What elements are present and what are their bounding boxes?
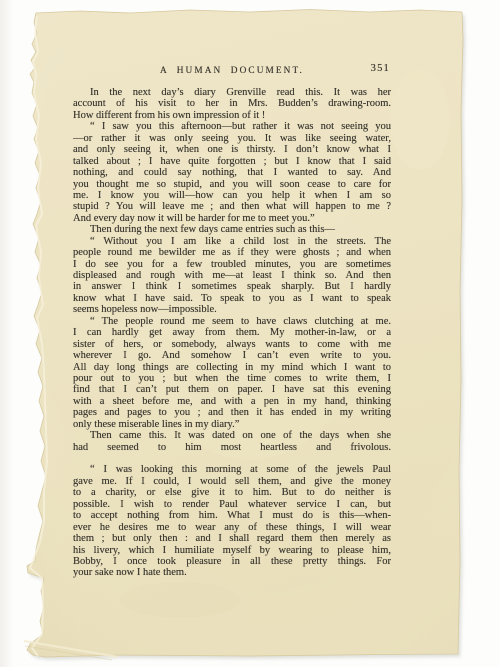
scan-background: A HUMAN DOCUMENT. 351 In the next day’s … — [0, 0, 500, 667]
text-line: I do see you for a few troubled minutes,… — [73, 259, 391, 270]
paragraph: In the next day’s diary Grenville read t… — [73, 87, 391, 121]
text-line: and only seeing it, when one is thirsty.… — [73, 144, 391, 155]
paper-mottle — [390, 70, 450, 170]
text-line: find that I can’t put them on paper. I h… — [73, 384, 391, 395]
text-line: “ I was looking this morning at some of … — [73, 464, 391, 475]
text-line: me. I know you will—how can you help it … — [73, 190, 391, 201]
text-line: seems hopeless now—impossible. — [73, 304, 391, 315]
text-line: pages and pages to you ; and then it has… — [73, 407, 391, 418]
text-line: I can hardly get away from them. My moth… — [73, 327, 391, 338]
text-line: talked about ; I have quite forgotten ; … — [73, 156, 391, 167]
text-line: Then during the next few days came entri… — [73, 224, 391, 235]
text-line: sister of hers, or somebody, always want… — [73, 339, 391, 350]
text-line: had seemed to him most heartless and fri… — [73, 442, 391, 453]
text-line: Then came this. It was dated on one of t… — [73, 430, 391, 441]
text-line: nothing, and could say nothing, that I w… — [73, 167, 391, 178]
text-line: wherever I go. And somehow I can’t even … — [73, 350, 391, 361]
text-line: ever he desires me to wear any of these … — [73, 522, 391, 533]
text-line: your sake now I hate them. — [73, 567, 391, 578]
paragraph: “ I saw you this afternoon—but rather it… — [73, 121, 391, 224]
text-line: —or rather it was only seeing you. It wa… — [73, 133, 391, 144]
paragraph: “ Without you I am like a child lost in … — [73, 236, 391, 316]
text-line: stupid ? You will leave me ; and then wh… — [73, 201, 391, 212]
text-line: only these miserable lines in my diary.” — [73, 419, 391, 430]
text-line: Bobby, I once took pleasure in all these… — [73, 556, 391, 567]
paper-mottle — [120, 582, 240, 618]
text-line: How different from his own impression of… — [73, 110, 391, 121]
paragraph: Then during the next few days came entri… — [73, 224, 391, 235]
page-body: In the next day’s diary Grenville read t… — [73, 87, 391, 579]
text-line: All day long things are collecting in my… — [73, 362, 391, 373]
text-line: displeased and rough with me—at least I … — [73, 270, 391, 281]
running-title: A HUMAN DOCUMENT. — [160, 66, 304, 76]
paragraph: Then came this. It was dated on one of t… — [73, 430, 391, 464]
page-number: 351 — [371, 62, 390, 75]
text-line: “ The people round me seem to have claws… — [73, 316, 391, 327]
text-line: you thought me so stupid, and you will s… — [73, 179, 391, 190]
text-line: In the next day’s diary Grenville read t… — [73, 87, 391, 98]
text-line: account of his visit to her in Mrs. Budd… — [73, 98, 391, 109]
paragraph: “ I was looking this morning at some of … — [73, 464, 391, 578]
running-header: A HUMAN DOCUMENT. 351 — [73, 62, 391, 75]
text-line: with a sheet before me, and with a pen i… — [73, 396, 391, 407]
text-line: know what I have said. To speak to you a… — [73, 293, 391, 304]
text-line: his livery, which I humiliate myself by … — [73, 545, 391, 556]
text-line: people round me bewilder me as if they w… — [73, 247, 391, 258]
text-line: “ I saw you this afternoon—but rather it… — [73, 121, 391, 132]
text-line: to accept nothing from him. What I must … — [73, 510, 391, 521]
text-line — [73, 453, 391, 464]
text-line: them ; but only then : and I shall regar… — [73, 533, 391, 544]
paragraph: “ The people round me seem to have claws… — [73, 316, 391, 430]
text-line: in answer I think I sometimes speak shar… — [73, 281, 391, 292]
text-line: pour out to you ; but when the time come… — [73, 373, 391, 384]
text-line: gave me. If I could, I would sell them, … — [73, 476, 391, 487]
text-line: to a charity, or else give it to him. Bu… — [73, 487, 391, 498]
text-line: possible. I wish to render Paul whatever… — [73, 499, 391, 510]
text-line: “ Without you I am like a child lost in … — [73, 236, 391, 247]
text-line: And every day now it will be harder for … — [73, 213, 391, 224]
text-column: A HUMAN DOCUMENT. 351 In the next day’s … — [73, 62, 391, 579]
